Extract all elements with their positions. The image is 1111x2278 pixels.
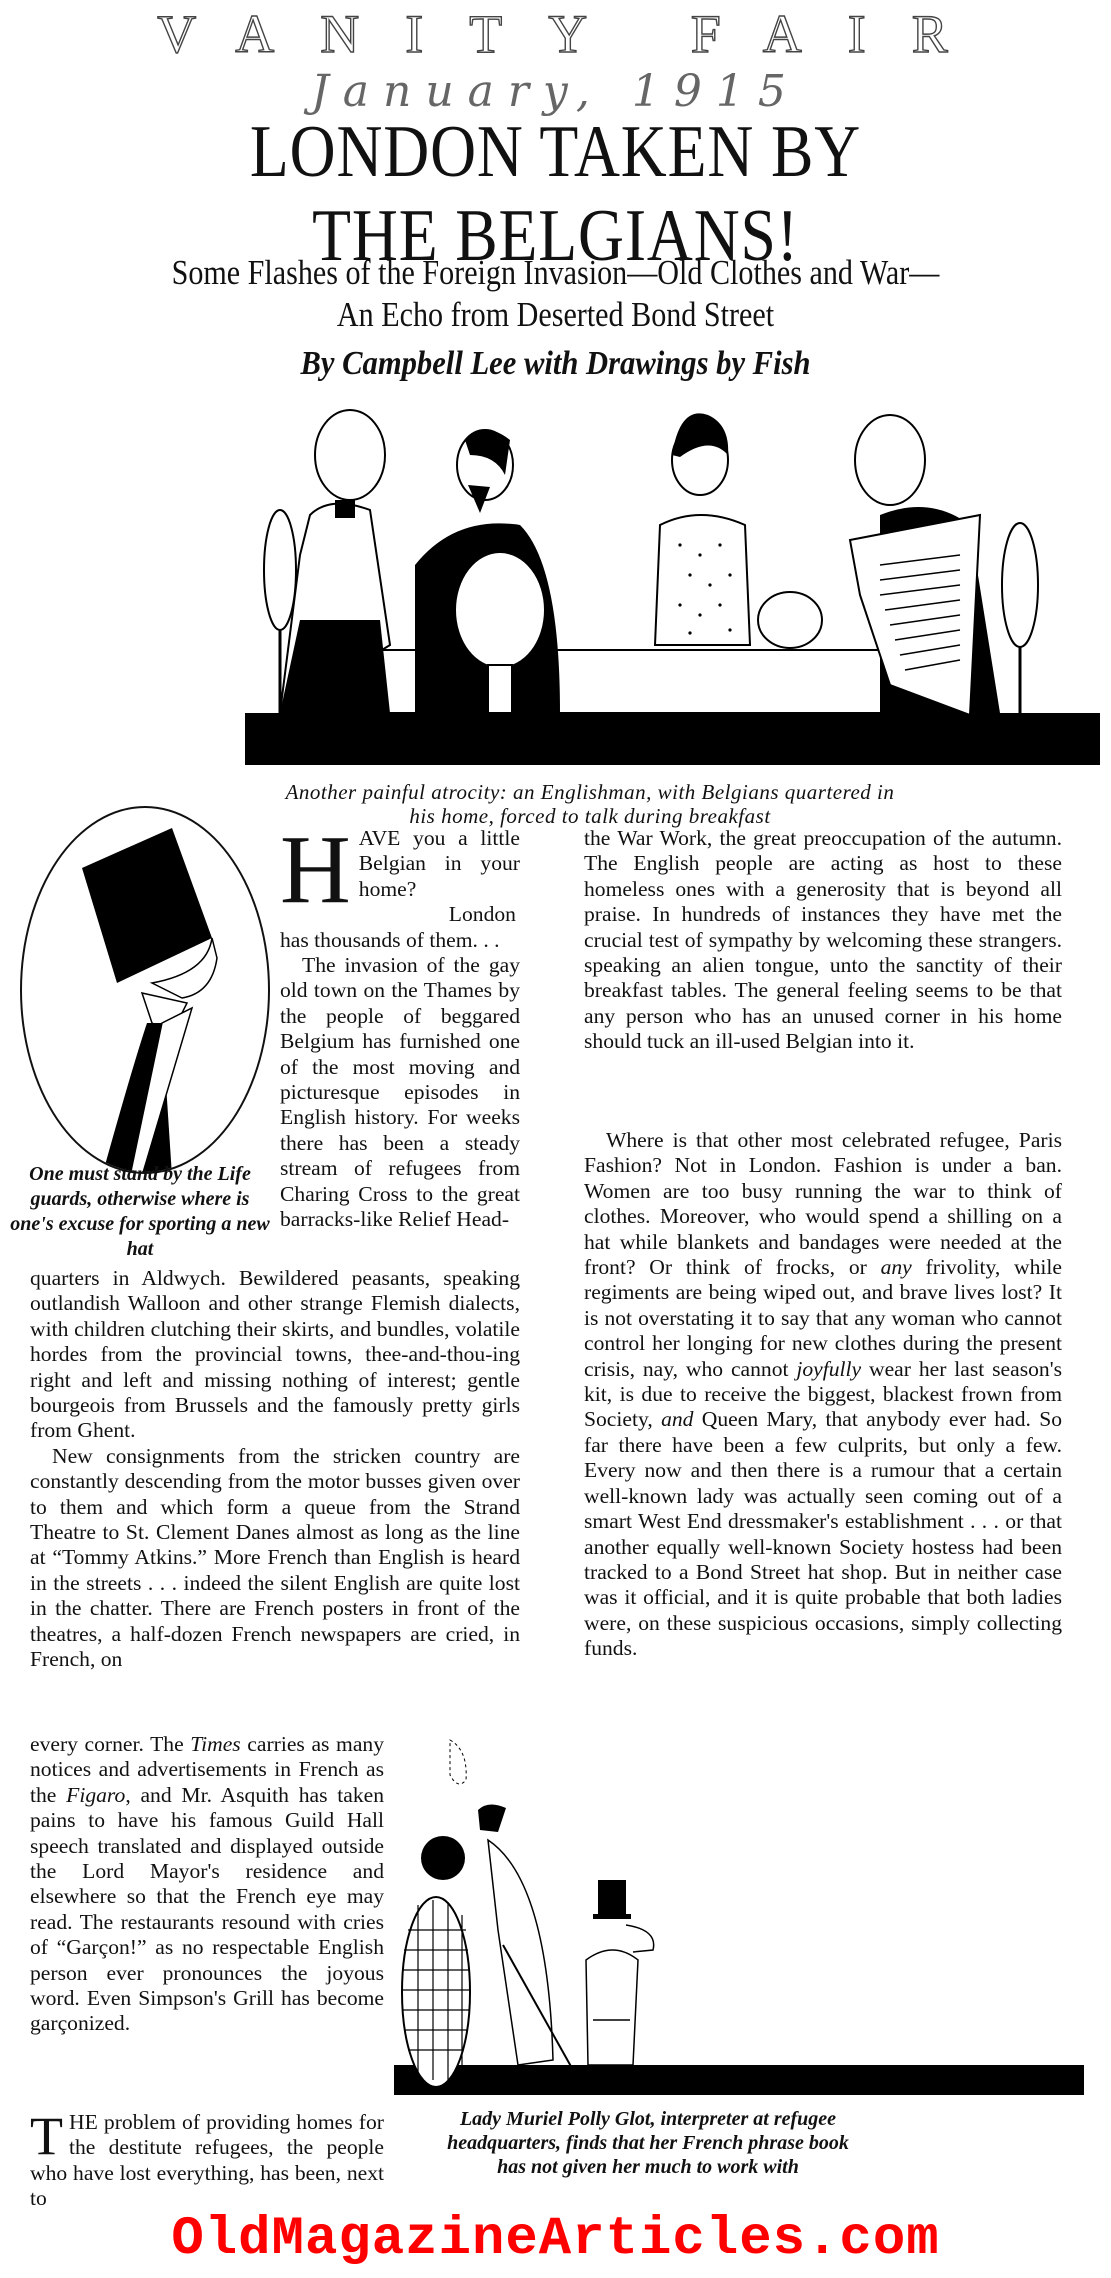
- drop-cap: T: [30, 2114, 63, 2158]
- breakfast-table-illustration: [240, 395, 1100, 775]
- paragraph-times: every corner. The Times carries as many …: [30, 1732, 384, 2037]
- subhead-line-1: Some Flashes of the Foreign Invasion—Old…: [78, 252, 1033, 294]
- interpreter-illustration: [388, 1730, 1098, 2102]
- paragraph-opening: HAVE you a little Belgian in your home?: [280, 826, 520, 902]
- article-column-left-top: HAVE you a little Belgian in your home? …: [280, 826, 520, 1233]
- life-guard-portrait: [20, 806, 270, 1174]
- paragraph-invasion: The invasion of the gay old town on the …: [280, 953, 520, 1232]
- article-column-left-lower: every corner. The Times carries as many …: [30, 1732, 384, 2037]
- article-column-left-bottom: THE problem of providing homes for the d…: [30, 2110, 384, 2212]
- article-column-right-bottom: Where is that other most celebrated refu…: [584, 1128, 1062, 1662]
- life-guard-caption: One must stand by the Life guards, other…: [10, 1162, 270, 1262]
- paragraph-problem: THE problem of providing homes for the d…: [30, 2110, 384, 2212]
- drop-cap: H: [280, 832, 351, 908]
- paragraph-consignments: New consignments from the stricken count…: [30, 1444, 520, 1673]
- article-column-right-top: the War Work, the great preoccupation of…: [584, 826, 1062, 1055]
- subhead-line-2: An Echo from Deserted Bond Street: [78, 294, 1033, 336]
- paragraph-paris-fashion: Where is that other most celebrated refu…: [584, 1128, 1062, 1662]
- magazine-masthead: VANITY FAIR: [0, 4, 1111, 64]
- interpreter-caption: Lady Muriel Polly Glot, interpreter at r…: [388, 2107, 908, 2179]
- article-column-left-middle: quarters in Aldwych. Bewildered peasants…: [30, 1266, 520, 1673]
- headline-line-1: LONDON TAKEN BY: [78, 110, 1033, 194]
- article-subhead: Some Flashes of the Foreign Invasion—Old…: [78, 252, 1033, 336]
- life-guard-illustration: [22, 808, 270, 1174]
- paragraph-war-work: the War Work, the great preoccupation of…: [584, 826, 1062, 1055]
- site-watermark: OldMagazineArticles.com: [0, 2210, 1111, 2270]
- article-byline: By Campbell Lee with Drawings by Fish: [56, 344, 1056, 384]
